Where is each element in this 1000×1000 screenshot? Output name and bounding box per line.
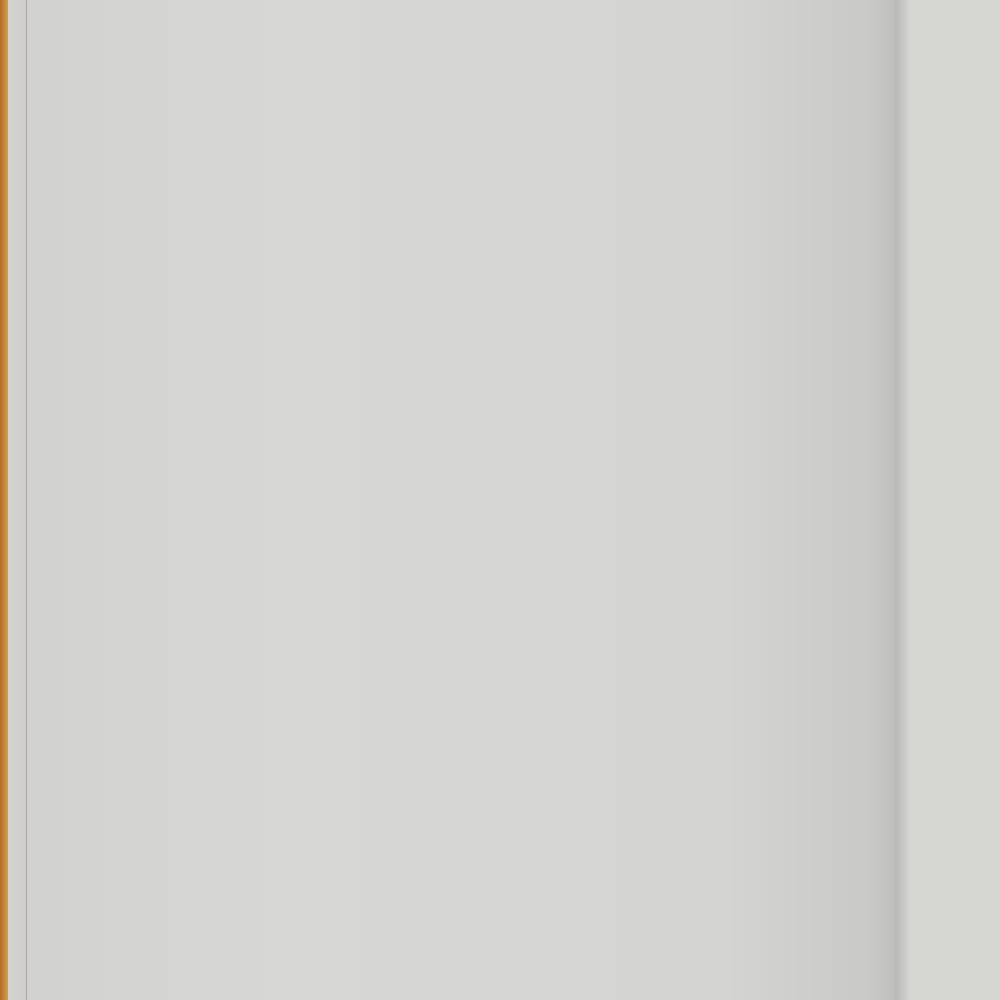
left-page [27, 0, 897, 1000]
right-page [909, 0, 1000, 1000]
book-cover-edge [0, 0, 8, 1000]
book-gutter [895, 0, 909, 1000]
page-stack-edge [8, 0, 27, 1000]
